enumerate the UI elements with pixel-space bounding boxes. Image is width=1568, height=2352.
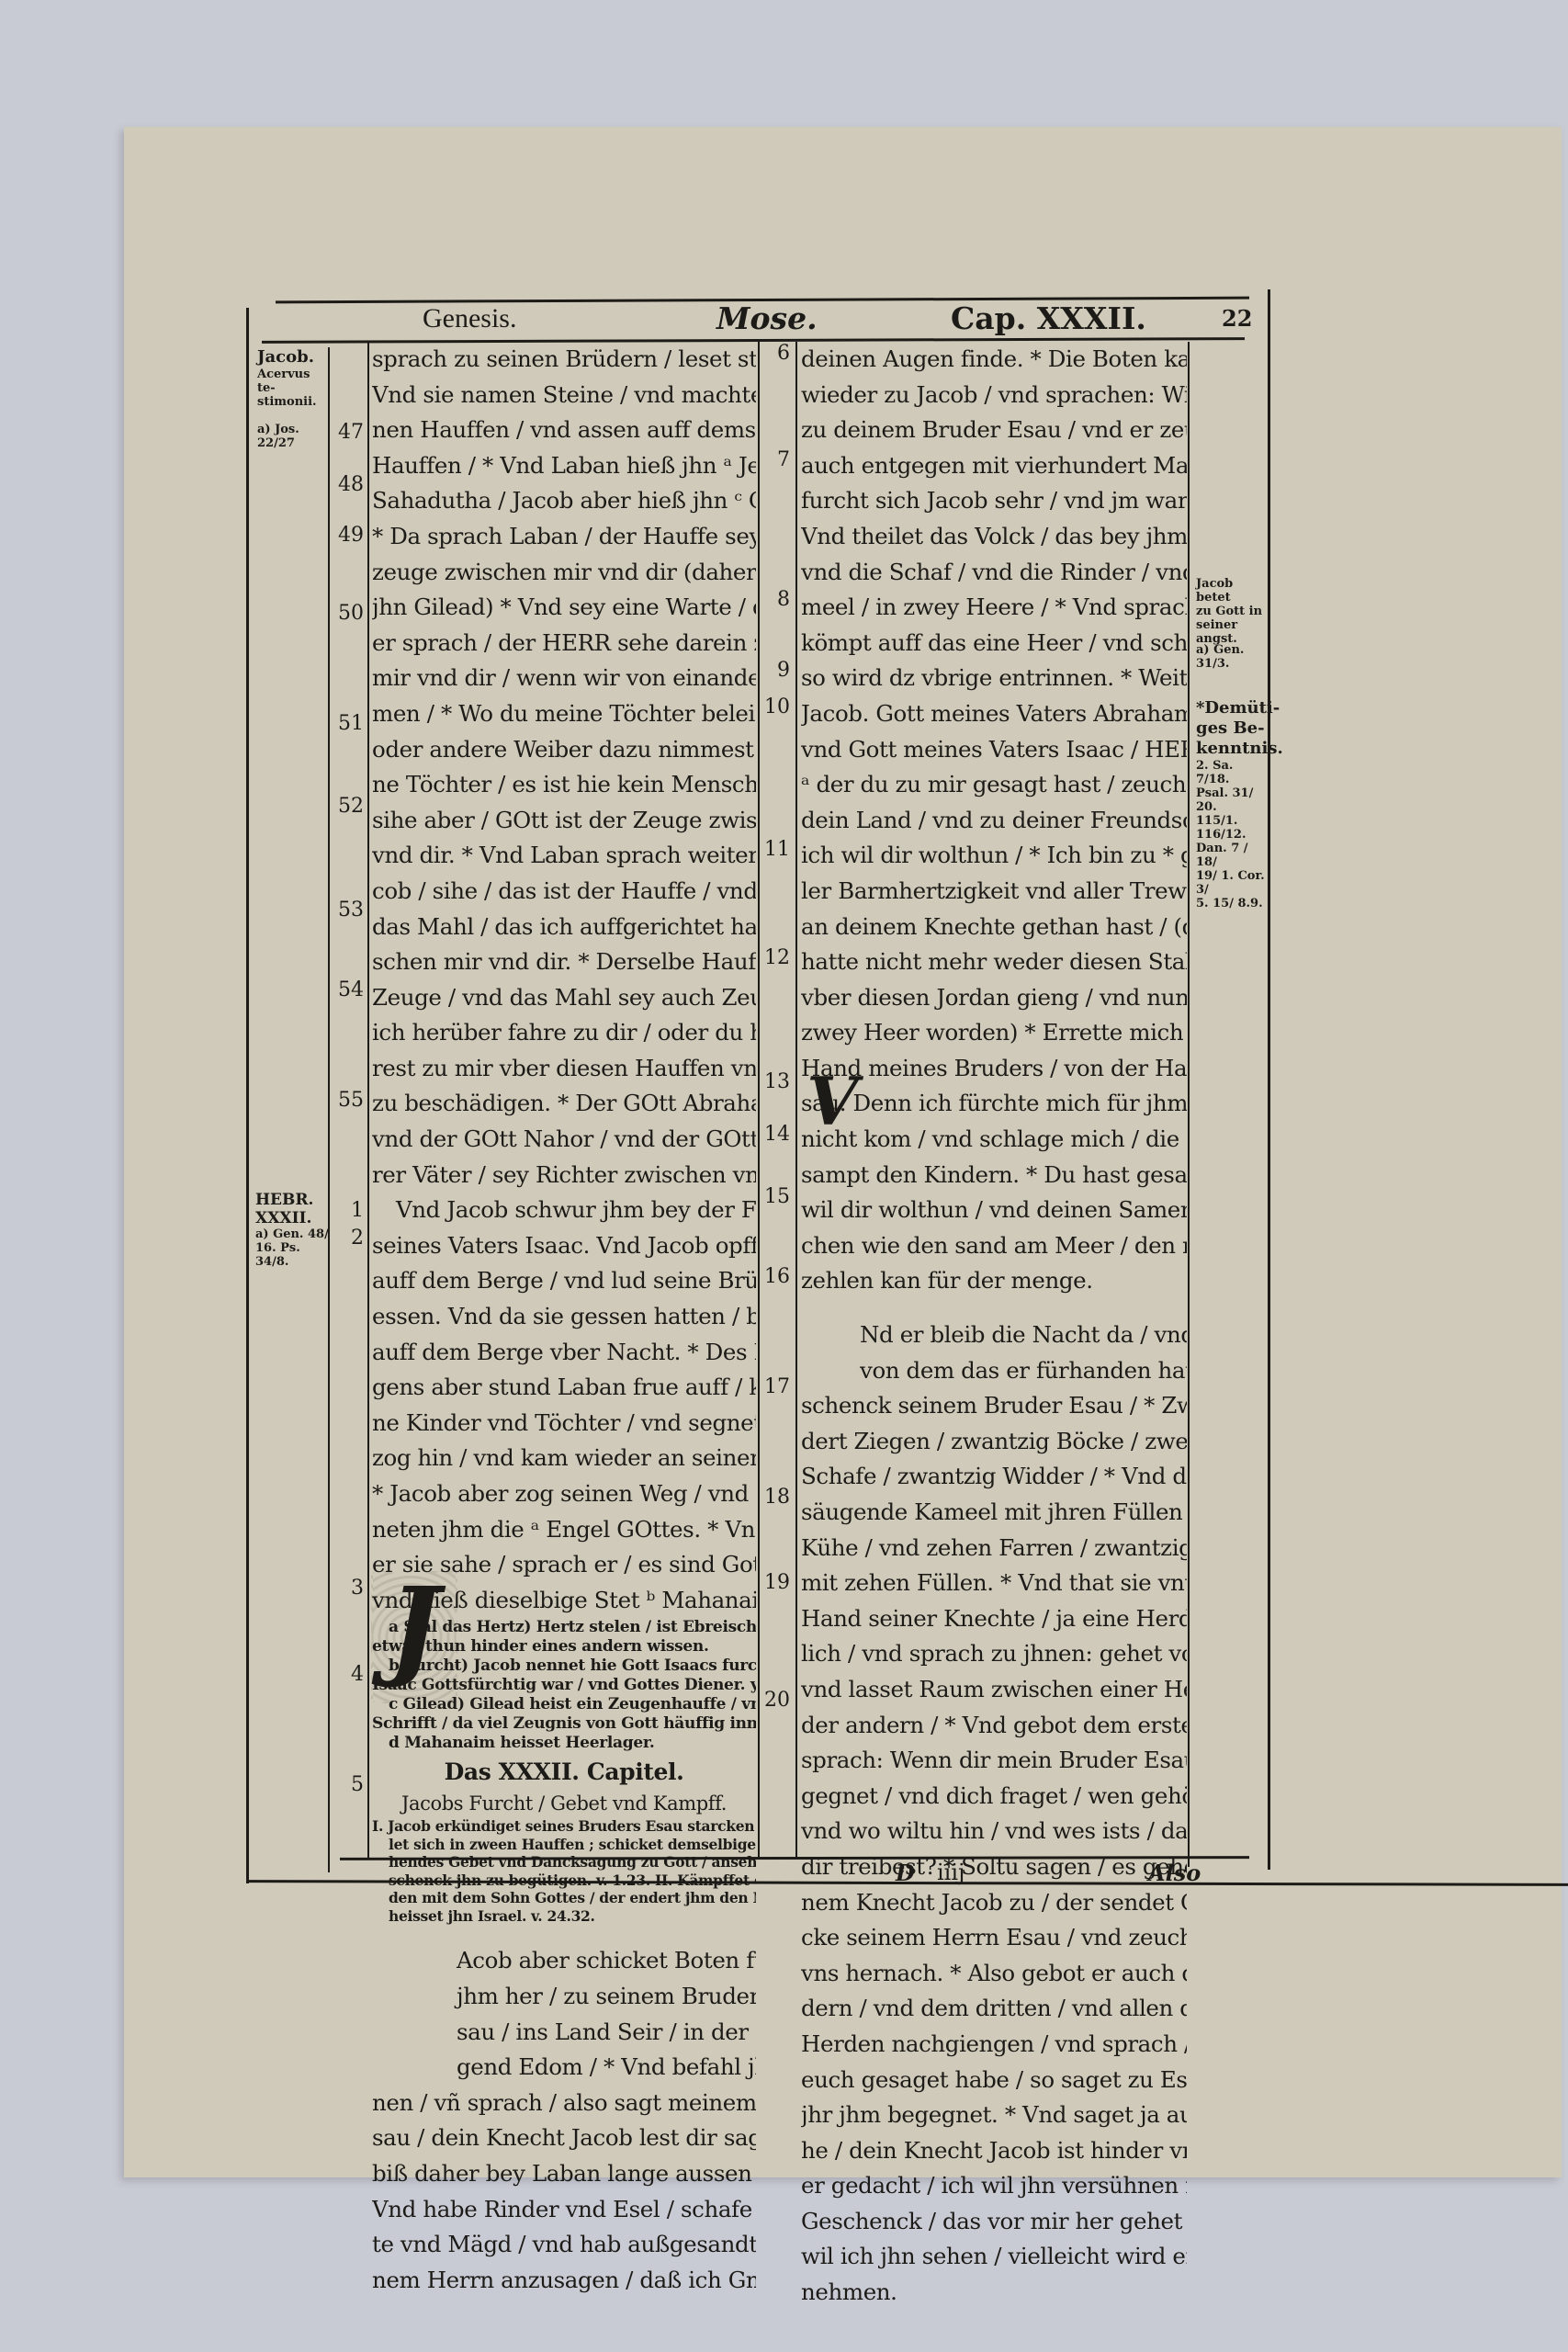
text-line: cob / sihe / das ist der Hauffe / vnd da… [372,874,756,910]
text-line: wil dir wolthun / vnd deinen Samen ma- [801,1193,1187,1228]
text-line: Herden nachgiengen / vnd sprach / wie ic… [801,2027,1187,2063]
text-line: gegnet / vnd dich fraget / wen gehörestu… [801,1779,1187,1815]
left-text-left-rule [367,342,369,1858]
margin-note-line: a) Jos. 22/27 [257,423,331,450]
chapter-summary-line: hendes Gebet vnd Dancksagung zu Gott / a… [372,1853,756,1871]
verse-number: 16 [761,1265,790,1288]
text-line: Vnd theilet das Volck / das bey jhm war … [801,519,1187,555]
margin-note-title: *Demüti- [1196,698,1269,718]
text-line: men / * Wo du meine Töchter beleidigest … [372,696,756,732]
text-line: rest zu mir vber diesen Hauffen vnd Mahl… [372,1051,756,1087]
text-line: biß daher bey Laban lange aussen gewest … [372,2156,756,2192]
margin-note-line: seiner angst. [1196,618,1269,646]
margin-note-line: Acervus te- [257,367,329,395]
text-line: das Mahl / das ich auffgerichtet habe zw… [372,910,756,945]
text-line: essen. Vnd da sie gessen hatten / bliebe… [372,1299,756,1335]
text-line: an deinem Knechte gethan hast / (denn ic… [801,910,1187,945]
text-line: sau / ins Land Seir / in der ge- [372,2015,756,2051]
verse-number: 49 [334,524,364,547]
text-line: ich wil dir wolthun / * Ich bin zu * ger… [801,838,1187,874]
text-line: ᵃ der du zu mir gesagt hast / zeuch wied… [801,767,1187,803]
chapter-summary-line: heisset jhn Israel. v. 24.32. [372,1907,756,1926]
verse-number: 10 [761,695,790,718]
text-line: der andern / * Vnd gebot dem ersten / vn… [801,1708,1187,1744]
text-line: jhn Gilead) * Vnd sey eine Warte / denn [372,590,756,626]
spacer [372,1925,756,1943]
verse-number: 54 [334,978,364,1001]
frame-left-rule [246,308,249,1883]
text-line: Vnd sie namen Steine / vnd machten ei- [372,378,756,413]
footnote-line: Schrifft / da viel Zeugnis von Gott häuf… [372,1714,756,1734]
text-line: gend Edom / * Vnd befahl jh- [372,2050,756,2086]
margin-note-line: a) Gen. 31/3. [1196,643,1269,671]
decorated-initial-v: V [803,1064,862,1139]
verse-number: 6 [761,342,790,365]
verse-number: 7 [761,448,790,471]
verse-number: 51 [334,712,364,735]
text-line: dern / vnd dem dritten / vnd allen die d… [801,1991,1187,2027]
margin-note-line: a) Gen. 48/ [255,1227,329,1241]
right-text-right-rule [1188,342,1190,1867]
chapter-subtitle: Jacobs Furcht / Gebet vnd Kampff. [372,1790,756,1817]
left-margin-divider [328,347,330,1872]
text-line: meel / in zwey Heere / * Vnd sprach / so… [801,590,1187,626]
right-text-column: deinen Augen finde. * Die Boten kamen wi… [801,342,1187,2311]
verse-number: 1 [334,1199,364,1222]
verse-number: 50 [334,602,364,625]
header-folio-number: 22 [1222,296,1252,342]
text-line: schenck seinem Bruder Esau / * Zweyhun- [801,1388,1187,1424]
text-line: he / dein Knecht Jacob ist hinder vns / … [801,2133,1187,2169]
text-line: auch entgegen mit vierhundert Mañ. * Da [801,448,1187,484]
footnote-line: d Mahanaim heisset Heerlager. [372,1734,756,1753]
frame-right-rule [1268,289,1270,1870]
text-line: rer Väter / sey Richter zwischen vns. [372,1158,756,1193]
text-line: auff dem Berge vber Nacht. * Des Mor- [372,1335,756,1371]
text-line: sprach: Wenn dir mein Bruder Esau be- [801,1743,1187,1779]
text-line: ne Töchter / es ist hie kein Mensch mit … [372,767,756,803]
text-line: zu beschädigen. * Der GOtt Abraham / [372,1086,756,1122]
text-line: mir vnd dir / wenn wir von einander kom- [372,661,756,696]
text-line: er gedacht / ich wil jhn versühnen mit d… [801,2168,1187,2204]
left-margin-note-hebr: HEBR. XXXII. a) Gen. 48/ 16. Ps. 34/8. [255,1191,329,1269]
margin-note-title: Jacob. [257,347,329,367]
text-line: * Da sprach Laban / der Hauffe sey heute [372,519,756,555]
text-line: vnd wo wiltu hin / vnd wes ists / das du… [801,1814,1187,1849]
text-line: sau / dein Knecht Jacob lest dir sagen /… [372,2120,756,2156]
margin-note-title: HEBR. [255,1191,329,1209]
verse-number: 3 [334,1577,364,1600]
text-line: wieder zu Jacob / vnd sprachen: Wir kame… [801,378,1187,413]
text-line: Vnd habe Rinder vnd Esel / schafe / Knec… [372,2192,756,2228]
text-line: vnd Gott meines Vaters Isaac / HERR / [801,732,1187,768]
text-line: schen mir vnd dir. * Derselbe Hauffe sey [372,944,756,980]
text-line: Hauffen / * Vnd Laban hieß jhn ᵃ Jegar [372,448,756,484]
verse-number: 12 [761,946,790,969]
verse-number: 15 [761,1185,790,1208]
text-line: lich / vnd sprach zu jhnen: gehet vor mi… [801,1636,1187,1672]
text-line: zu deinem Bruder Esau / vnd er zeucht di… [801,413,1187,448]
text-line: kömpt auff das eine Heer / vnd schlägt e… [801,626,1187,661]
text-line: sihe aber / GOtt ist der Zeuge zwischen … [372,803,756,839]
verse-number: 11 [761,838,790,861]
text-line: jhm her / zu seinem Bruder E- [372,1979,756,2015]
text-line: zwey Heer worden) * Errette mich von der [801,1015,1187,1051]
text-line: nem Knecht Jacob zu / der sendet Geschen… [801,1885,1187,1921]
margin-note-line: 19/ 1. Cor. 3/ [1196,869,1269,897]
signature-mark-number: iiij [937,1860,964,1885]
catchword: Also [1148,1860,1201,1886]
text-line: nen / vñ sprach / also sagt meinem Herrn… [372,2086,756,2121]
verse-number: 2 [334,1227,364,1249]
text-line: Kühe / vnd zehen Farren / zwantzig Eseli… [801,1531,1187,1566]
text-line: zog hin / vnd kam wieder an seinen Ort. [372,1441,756,1476]
text-line: Geschenck / das vor mir her gehet / darn… [801,2204,1187,2240]
text-line: von dem das er fürhanden hatte / ge- [801,1353,1187,1389]
margin-note-line: Jacob betet [1196,577,1269,605]
text-line: cke seinem Herrn Esau / vnd zeucht hinde… [801,1920,1187,1956]
header-chapter: Cap. XXXII. [951,296,1146,342]
text-line: Zeuge / vnd das Mahl sey auch Zeuge / wo [372,980,756,1016]
margin-note-title: ges Be- [1196,718,1269,739]
verse-number: 5 [334,1773,364,1796]
verse-number: 20 [761,1689,790,1712]
text-line: dein Land / vnd zu deiner Freundschafft … [801,803,1187,839]
chapter-summary-line: schenck jhn zu begütigen. v. 1.23. II. K… [372,1871,756,1890]
text-line: auff dem Berge / vnd lud seine Brüder zu… [372,1263,756,1299]
right-text-left-rule [795,342,797,1858]
text-line: Jacob. Gott meines Vaters Abraham / [801,696,1187,732]
verse-number: 18 [761,1486,790,1509]
header-book-name: Genesis. [423,296,516,342]
verse-number: 17 [761,1375,790,1398]
text-line: jhr jhm begegnet. * Vnd saget ja auch / … [801,2098,1187,2133]
text-line: deinen Augen finde. * Die Boten kamen [801,342,1187,378]
margin-note-line: stimonii. [257,395,329,409]
verse-number: 4 [334,1663,364,1686]
text-line: Schafe / zwantzig Widder / * Vnd dreyssi… [801,1459,1187,1495]
spacer [801,1299,1187,1317]
text-line: sampt den Kindern. * Du hast gesagt / ic… [801,1158,1187,1193]
text-line: nehmen. [801,2275,1187,2311]
text-line: ler Barmhertzigkeit vnd aller Trewe / di… [801,874,1187,910]
text-line: zeuge zwischen mir vnd dir (daher heist … [372,555,756,591]
text-line: hatte nicht mehr weder diesen Stab / da … [801,944,1187,980]
margin-note-line: Dan. 7 / 18/ [1196,842,1269,869]
text-line: wil ich jhn sehen / vielleicht wird er m… [801,2239,1187,2275]
text-line: vnd dir. * Vnd Laban sprach weiter zu Ja… [372,838,756,874]
right-margin-note-ref: a) Gen. 31/3. [1196,643,1269,671]
text-line: vnd lasset Raum zwischen einer Herde nac… [801,1672,1187,1708]
text-line: euch gesaget habe / so saget zu Esau / w… [801,2063,1187,2098]
chapter-heading: Das XXXII. Capitel. [372,1753,756,1790]
text-line: er sprach / der HERR sehe darein zwische… [372,626,756,661]
text-line: gens aber stund Laban frue auff / küsset… [372,1370,756,1406]
left-margin-note-jacob: Jacob. Acervus te- stimonii. [257,347,329,409]
text-line: * Jacob aber zog seinen Weg / vnd es beg… [372,1476,756,1512]
text-line: chen wie den sand am Meer / den man nich… [801,1228,1187,1264]
margin-note-line: 16. Ps. 34/8. [255,1241,329,1269]
verse-number: 19 [761,1571,790,1594]
verse-number: 13 [761,1070,790,1093]
text-line: vns hernach. * Also gebot er auch dem an… [801,1956,1187,1992]
verse-number: 9 [761,659,790,682]
text-line: so wird dz vbrige entrinnen. * Weiter sp… [801,661,1187,696]
text-line: dert Ziegen / zwantzig Böcke / zweyhunde… [801,1424,1187,1460]
text-line: Acob aber schicket Boten für [372,1943,756,1979]
chapter-summary-line: let sich in zween Hauffen ; schicket dem… [372,1836,756,1854]
text-line: neten jhm die ᵃ Engel GOttes. * Vnd da [372,1512,756,1548]
verse-number: 48 [334,473,364,496]
verse-number: 55 [334,1089,364,1112]
margin-note-title: kenntnis. [1196,739,1269,759]
text-line: mit zehen Füllen. * Vnd that sie vnter d… [801,1566,1187,1601]
text-line: zehlen kan für der menge. [801,1263,1187,1299]
verse-number: 14 [761,1123,790,1146]
right-margin-note-confession: *Demüti- ges Be- kenntnis. 2. Sa. 7/18. … [1196,698,1269,910]
text-line: Hand seiner Knechte / ja eine Herde sond… [801,1601,1187,1637]
text-line: Vnd Jacob schwur jhm bey der Furcht [372,1193,756,1228]
text-line: te vnd Mägd / vnd hab außgesandt dir mei… [372,2227,756,2263]
right-margin-note-prayer: Jacob betet zu Gott in seiner angst. [1196,577,1269,646]
margin-note-title: XXXII. [255,1209,329,1227]
text-line: nem Herrn anzusagen / daß ich Gnade für [372,2263,756,2299]
verse-number: 47 [334,421,364,444]
text-line: Sahadutha / Jacob aber hieß jhn ᶜ Gilead… [372,483,756,519]
signature-mark-letter: D [896,1860,915,1886]
header-running-title: Mose. [716,296,818,342]
text-line: vber diesen Jordan gieng / vnd nun bin i… [801,980,1187,1016]
text-line: oder andere Weiber dazu nimmest vber mei… [372,732,756,768]
margin-note-line: Psal. 31/ 20. [1196,786,1269,814]
chapter-summary-line: den mit dem Sohn Gottes / der endert jhm… [372,1889,756,1907]
left-margin-note-ref: a) Jos. 22/27 [257,423,331,450]
margin-note-line: 5. 15/ 8.9. [1196,897,1269,910]
text-line: dir treibest? * Soltu sagen / es gehöret… [801,1849,1187,1885]
text-line: furcht sich Jacob sehr / vnd jm ward ban… [801,483,1187,519]
text-line: seines Vaters Isaac. Vnd Jacob opfferte [372,1228,756,1264]
margin-note-line: 2. Sa. 7/18. [1196,759,1269,786]
text-line: vnd der GOtt Nahor / vnd der GOtt jh- [372,1122,756,1158]
text-line: Nd er bleib die Nacht da / vnd nam [801,1317,1187,1353]
verse-number: 52 [334,795,364,818]
left-text-right-rule [758,342,760,1858]
left-text-column: sprach zu seinen Brüdern / leset steine … [372,342,756,2298]
text-line: ne Kinder vnd Töchter / vnd segnete sie … [372,1406,756,1442]
text-line: vnd die Schaf / vnd die Rinder / vnd die… [801,555,1187,591]
margin-note-line: zu Gott in [1196,605,1269,618]
text-line: ich herüber fahre zu dir / oder du herüb… [372,1015,756,1051]
text-line: sprach zu seinen Brüdern / leset steine … [372,342,756,378]
text-line: säugende Kameel mit jhren Füllen / viert… [801,1495,1187,1531]
chapter-summary-line: I. Jacob erkündiget seines Bruders Esau … [372,1817,756,1836]
decorated-initial-j: J [371,1571,457,1703]
text-line: nen Hauffen / vnd assen auff demselben [372,413,756,448]
verse-number: 53 [334,899,364,922]
margin-note-line: 115/1. 116/12. [1196,814,1269,842]
verse-number: 8 [761,588,790,611]
